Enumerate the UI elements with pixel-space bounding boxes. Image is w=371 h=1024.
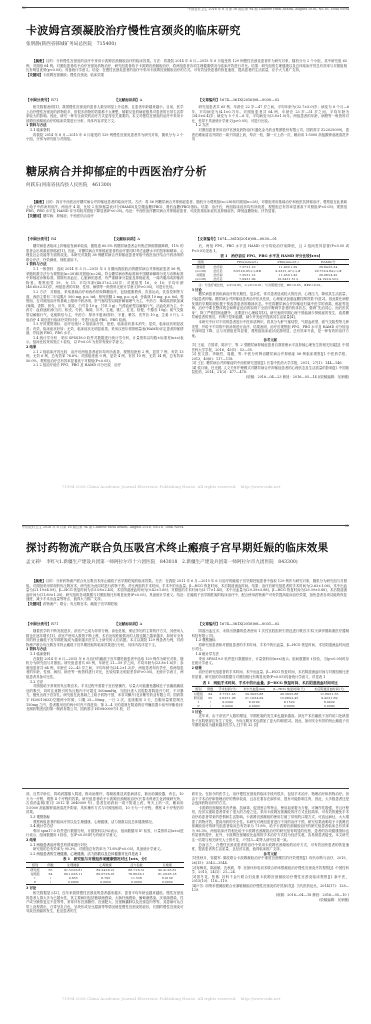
- keywords-label: 【关键词】: [26, 214, 43, 218]
- reference-item: [1]张秋月，邹健军. 微波联合卡波姆凝胶治疗中重度宫颈糜烂的疗效观察[J]. …: [192, 856, 350, 865]
- article-title: 卡波姆宫颈凝胶治疗慢性宫颈炎的临床研究: [26, 22, 241, 38]
- doc-code-value: A: [137, 237, 140, 241]
- clc-value: R71: [51, 98, 58, 102]
- table-cell: 0.0000: [151, 880, 183, 885]
- clc-label: 【中图分类号】: [26, 98, 51, 102]
- table-header: 手术时间(分): [215, 686, 239, 691]
- article-metadata: 【中图分类号】R4 【文献标识码】A 【文章编号】1674—361X(2016)…: [26, 237, 347, 242]
- body-column-right: 阴道出血过多、未排出胚囊的患者使用 1 次性宫腔组织引管包进行吸宫手术(天津伊德…: [192, 629, 350, 785]
- article-body: 相关数据表明[1]，我国慢性宫颈炎的患者人数呈明显上升趋势，且患者年龄越来越小。…: [26, 105, 349, 149]
- table-cell: /: [205, 704, 215, 709]
- paragraph: 相关数据显示[2]，近年来我国慢性宫颈炎的患者越来越多，患者平均年龄也越来越低。…: [26, 891, 184, 914]
- table-cell: 0.0000: [215, 704, 239, 709]
- paragraph: 1.2 方法 对照组，采取基础治疗和西药常规降糖治疗，包括健康教育、饮食运动、饮…: [26, 290, 184, 322]
- paragraph: 后，两组 FPG、PBG 水平及 HAMD 评分均较治疗前降低，且 2 组间差异…: [192, 244, 350, 253]
- continued-article-body: 部，自然平卧位，将给药器插入阴道，推动助推杆，将凝胶推送到患病部位，抽出给凝胶器…: [26, 792, 349, 982]
- paragraph: 近年来，由于剖宫产人数的增加，早期妊娠的发生率也越来越高。剖宫产术后瘢痕子宫的切…: [192, 714, 350, 728]
- reference-item: [3]蔡冬花，张敏. 妇科千金片联合妇炎康卡波姆宫颈凝胶治疗慢性宫颈炎临床观察[…: [192, 875, 350, 884]
- paragraph: 将研究组患者和对照组患者的手术时间、手术中的出血量、β—HCG 恢复时间、术后阴…: [192, 643, 350, 652]
- doc-code-value: A: [140, 98, 143, 102]
- article-metadata: 【中图分类号】R71 【文献标识码】A 【文章编号】1674—361X(2016…: [26, 98, 347, 103]
- running-head: 中国农村卫生 2016 年 8 月第 16 期总第 94 期 Chinese r…: [22, 524, 349, 526]
- article-abstract: 【摘要】目的：分析慢性宫颈炎的治疗中采用卡波姆宫颈凝胶治疗的临床效果。方法：将我…: [26, 59, 347, 96]
- paragraph: 对照组患者采用治疗宫颈炎药物治疗(通化金马药业集团股份有限公司，国药准字 Z22…: [192, 128, 350, 142]
- paragraph: 采用 SPSS19.0 软件进行数据统计，计量资料用(x±s)表示，组间数据用 …: [192, 657, 350, 666]
- reference-item: [2] 张文国，李晓哲，周媛，等. 中医分时辨治糖尿病合并抑郁症 56 例临床观…: [192, 352, 350, 361]
- body-column-left: 随着医学的不断发展进步，剖宫产已成为异常分娩、高危妊娠，保证孕妇的主要的疗方式，…: [26, 629, 184, 785]
- paragraph: 2.1 2 组临床疗效比较 治疗后两组患者症状均有所改善，观察组痊愈 2 例，显…: [26, 350, 184, 364]
- table-cell: 0.0000: [240, 704, 269, 709]
- article-authors: 张明静(陕西省韩城矿务局总医院 715400): [26, 42, 347, 48]
- results-table: 表 1 治疗前后 FPG、PBG 水平及 HAMD 评分比较[x±s] 组别 F…: [192, 254, 350, 282]
- doc-code-label: 【文献标识码】: [114, 622, 139, 626]
- keywords-text: 糖尿病；抑郁症；中西医结合治疗: [43, 214, 94, 218]
- table-cell: 0.0000: [57, 880, 89, 885]
- table-cell: /: [44, 880, 57, 885]
- paragraph: 糖尿病患者因疾病治疗的长期性、复杂性，常对患者造成较大的经济、心理压力，降低其生…: [192, 292, 350, 320]
- paragraph: 部，自然平卧位，将给药器插入阴道，推动助推杆，将凝胶推送到患病部位，抽出给凝胶器…: [26, 792, 184, 815]
- body-column-right: 后，两组 FPG、PBG 水平及 HAMD 评分均较治疗前降低，且 2 组间差异…: [192, 244, 350, 480]
- results-table: 表 1 两组手术时间、手术中的出血量、β—HCG 恢复时间、术后阴道流血时间对比…: [192, 681, 350, 709]
- body-column-left: 糖尿病患者临床上抑郁症发病率较高，据报道 60.5% 的糖尿病患者会有焦虑抑郁情…: [26, 244, 184, 480]
- abstract-text: 目的：探讨中西医治疗糖尿病合并抑郁症患者的临床疗效。方法：将 56 例糖尿病合并…: [26, 200, 347, 213]
- paragraph: 阴道出血过多、未排出胚囊的患者使用 1 次性宫腔组织引管包进行吸宫手术(天津伊德…: [192, 629, 350, 638]
- table-cell: 治疗后: [210, 277, 226, 282]
- table-cell: 0.0000: [89, 880, 121, 885]
- journal-page-30: 30 中国农村卫生 2016 年 8 月第 16 期总第 94 期 Chines…: [0, 0, 371, 505]
- abstract-text: 目的：分析慢性宫颈炎的治疗中采用卡波姆宫颈凝胶治疗的临床效果。方法：将我院 20…: [26, 59, 347, 72]
- journal-page-31: 中国农村卫生 2016 年 8 月第 16 期总第 94 期 Chinese r…: [0, 520, 371, 1024]
- table-cell: 0.0000: [310, 704, 350, 709]
- table-header: 术后阴道流血时间(天): [310, 686, 350, 691]
- editor-note: (收稿编辑：吴家穗): [192, 898, 350, 903]
- section-divider: [22, 788, 349, 789]
- article-no-value: 1674—361X(2016)08—0030—01: [217, 237, 277, 241]
- paragraph: 1.4 统计学分析 采用 SPSS18.0 软件对数据进行统计学分析，计量资料以…: [26, 336, 184, 345]
- paragraph: 1.3 疗效观察指标 治疗后统计 2 组临床疗效，痊愈，临床症状基本消失；显效，…: [26, 322, 184, 336]
- clc-label: 【中图分类号】: [26, 237, 51, 241]
- paragraph: 糖尿病患者临床上抑郁症发病率较高，据报道 60.5% 的糖尿病患者会有焦虑抑郁情…: [26, 244, 184, 262]
- article-no-label: 【文章编号】: [198, 622, 220, 626]
- article-authors: 何跃东(河南省扶沟县人民医院 461300): [26, 183, 347, 189]
- running-head: 30 中国农村卫生 2016 年 8 月第 16 期总第 94 期 Chines…: [22, 6, 349, 8]
- reference-item: [4]卢芳. 用纳米银凝胶联合妥塞敏凝胶治疗慢性宫颈炎的疗效探讨[J]. 当代医…: [192, 884, 350, 893]
- article-authors: 孟文莉¹ 李红²(1.新疆生产建设兵团第一师阿拉尔市十六团医院 843018 2…: [26, 560, 347, 566]
- keywords-text: 药物流产；联合；负压吸宫术；瘢痕子宫早期妊娠: [43, 602, 118, 606]
- copyright-notice: ?1994-2016 China Academic Journal Electr…: [62, 484, 280, 490]
- article-abstract: 【摘要】目的：分析药物流产联合负压吸宫术终止瘢痕子宫早期妊娠的临床效果。方法：在…: [26, 579, 347, 619]
- table-cell: P: [26, 880, 44, 885]
- article-no-label: 【文章编号】: [198, 98, 220, 102]
- copyright-notice: ?1994-2016 China Academic Journal Electr…: [62, 996, 280, 1002]
- doc-code-value: A: [140, 622, 143, 626]
- journal-info: 中国农村卫生 2016 年 8 月第 16 期总第 94 期 Chinese r…: [22, 524, 183, 529]
- page-number: 30: [22, 6, 26, 10]
- abstract-label: 【摘要】: [32, 579, 46, 583]
- article-title: 探讨药物流产联合负压吸宫术终止瘢痕子宫早期妊娠的临床效果: [26, 540, 328, 555]
- table-cell: 2.63±1.06: [215, 696, 239, 700]
- table-cell: 0.0000: [122, 880, 151, 885]
- doc-code-label: 【文献标识码】: [114, 98, 139, 102]
- article-no-value: 1674—361X(2016)08—0030—02: [220, 98, 280, 102]
- abstract-text: 目的：分析药物流产联合负压吸宫术终止瘢痕子宫早期妊娠的临床效果。方法：在我院 2…: [26, 579, 347, 601]
- article-metadata: 【中图分类号】R71 【文献标识码】A 【文章编号】1674—361X(2016…: [26, 622, 347, 627]
- article-body: 糖尿病患者临床上抑郁症发病率较高，据报道 60.5% 的糖尿病患者会有焦虑抑郁情…: [26, 244, 349, 480]
- table-row: (n=28)治疗后7.04±1.0910.34±1.51＊24.19±4.32＊: [192, 277, 350, 282]
- clc-value: R4: [51, 237, 56, 241]
- paragraph: 相关数据表明[1]，我国慢性宫颈炎的患者人数呈明显上升趋势，且患者年龄越来越小。…: [26, 105, 184, 123]
- paragraph: 卡波姆宫颈凝胶具有杀菌、抗病毒、促进愈合等特点，使用起来极为方便，可操作性极强，…: [192, 806, 350, 843]
- paragraph: 2.2 2 组治疗前后 FPG、PBG 及 HAMD 评分比较 治疗: [26, 363, 184, 368]
- table-header: β—HCG 恢复时间(天): [269, 686, 310, 691]
- paragraph: 治疗后研究组患者的手术时间、术中出血量、β—HCG 恢复时间、术后阴道流血时间与…: [192, 670, 350, 679]
- doc-code-label: 【文献标识码】: [112, 237, 137, 241]
- reference-item: [4] 侯月娥，任光媛. 人文关怀护理模式对糖尿病合并抑郁症患者的心理状态及生活…: [192, 366, 350, 375]
- paragraph: 总而言之，在慢性宫颈炎患者的治疗中采用卡波姆宫颈凝胶的治疗方式，可有效加快患者的…: [192, 843, 350, 852]
- table-cell: P: [192, 704, 206, 709]
- article-no-value: 1674—361X(2016)08—0031—02: [220, 622, 280, 626]
- body-column-right: 命安全。在如今的医学上，治疗慢性宫颈炎的临床手段有很多，包括手术治疗、物理治疗和…: [192, 792, 350, 982]
- clc-label: 【中图分类号】: [26, 622, 51, 626]
- paragraph: 1.1 一般资料 选取 2014 年 5 月—2015 年 5 月期间我院收治的…: [26, 267, 184, 290]
- article-abstract: 【摘要】目的：探讨中西医治疗糖尿病合并抑郁症患者的临床疗效。方法：将 56 例糖…: [26, 200, 347, 233]
- table-caption: 表 1 研究组与对照组各项健康情况对比 [x±s，分]: [26, 857, 184, 862]
- received-note: (收稿：2016—04—23 修回：2016—05—14 )(收稿编辑：吴家穗): [192, 375, 350, 380]
- abstract-label: 【摘要】: [32, 200, 46, 204]
- body-column-left: 相关数据表明[1]，我国慢性宫颈炎的患者人数呈明显上升趋势，且患者年龄越来越小。…: [26, 105, 184, 149]
- article-no-label: 【文章编号】: [196, 237, 218, 241]
- keywords-label: 【关键词】: [26, 73, 43, 77]
- clc-value: R71: [51, 622, 58, 626]
- paragraph: 随着医学的不断发展进步，剖宫产已成为异常分娩、高危妊娠，保证孕妇的主要的疗方式，…: [26, 629, 184, 647]
- table-cell: 7.04±1.09: [226, 277, 269, 282]
- paragraph: 对照组给予常规的负压吸宫术。手术过程中需着子宫后壁操作，尽量大可能避免器械在子宫…: [26, 684, 184, 712]
- table-row: P/0.00000.00000.00000.0000: [26, 880, 184, 885]
- reference-item: [2]寿梅英，陈淑敏，沈秋莉，等. 宫颈环形电切术联合纳米银凝胶治疗慢性宫颈炎疗…: [192, 866, 350, 875]
- health-table: 表 1 研究组与对照组各项健康情况对比 [x±s，分] 组别 例数 生理健康 心…: [26, 857, 184, 885]
- table-cell: 10.34±1.51＊: [269, 277, 308, 282]
- journal-info: 中国农村卫生 2016 年 8 月第 16 期总第 94 期 Chinese r…: [188, 6, 349, 11]
- table-cell: 0.0000: [269, 704, 310, 709]
- paragraph: 命安全。在如今的医学上，治疗慢性宫颈炎的临床手段有很多，包括手术治疗、物理治疗和…: [192, 792, 350, 806]
- paragraph: 利用 spss17.0 软件进行数据分析，计数资料以(%)表示，组间数据用 X²…: [26, 829, 184, 838]
- table-header: 术中出血量(ml): [240, 686, 269, 691]
- article-body: 随着医学的不断发展进步，剖宫产已成为异常分娩、高危妊娠，保证孕妇的主要的疗方式，…: [26, 629, 349, 785]
- paragraph: 将我院 2014 年 6 月—2015 年 6 月接受的 129 例慢性宫颈炎患…: [26, 133, 184, 142]
- paragraph: 本研究中针对不同的患者进行中医体质辨识，将其分为肝气郁结型、气滞血瘀型、痰气交阻…: [192, 320, 350, 338]
- table-row: P/0.00000.00000.00000.0000: [192, 704, 350, 709]
- table-cell: 3.77±1.45: [215, 691, 239, 696]
- reference-item: [1] 王茹，方国青，陈开宁，等. 2 型糖尿病抑郁症患者自我管理水平及抑郁心理…: [192, 343, 350, 352]
- paragraph: 研究组患者共 65 例，年龄在 22 岁—47 岁之间，平均年龄为(32.7±5…: [192, 105, 350, 123]
- body-column-left: 部，自然平卧位，将给药器插入阴道，推动助推杆，将凝胶推送到患病部位，抽出给凝胶器…: [26, 792, 184, 982]
- table-caption: 表 1 治疗前后 FPG、PBG 水平及 HAMD 评分比较[x±s]: [192, 254, 350, 259]
- table-cell: 24.19±4.32＊: [307, 277, 349, 282]
- paragraph: 在我院 2014 年 6 月—2015 年 6 月治疗的瘢痕子宫早期妊娠患者中选…: [26, 657, 184, 680]
- table-cell: (n=28): [192, 277, 210, 282]
- keywords-text: 卡波姆宫颈凝胶；慢性宫颈炎；临床效果: [43, 73, 104, 77]
- page-number: 31: [345, 524, 349, 528]
- abstract-label: 【摘要】: [32, 59, 46, 63]
- keywords-label: 【关键词】: [26, 602, 43, 606]
- subsection-heading: 2.2 两组患者的生理健康、心理健康、活力指数以及总体健康对比详见表 1: [26, 852, 184, 857]
- article-title: 糖尿病合并抑郁症的中西医治疗分析: [26, 163, 207, 179]
- body-column-right: 研究组患者共 65 例，年龄在 22 岁—47 岁之间，平均年龄为(32.7±5…: [192, 105, 350, 149]
- table-caption: 表 1 两组手术时间、手术中的出血量、β—HCG 恢复时间、术后阴道流血时间对比: [192, 681, 350, 686]
